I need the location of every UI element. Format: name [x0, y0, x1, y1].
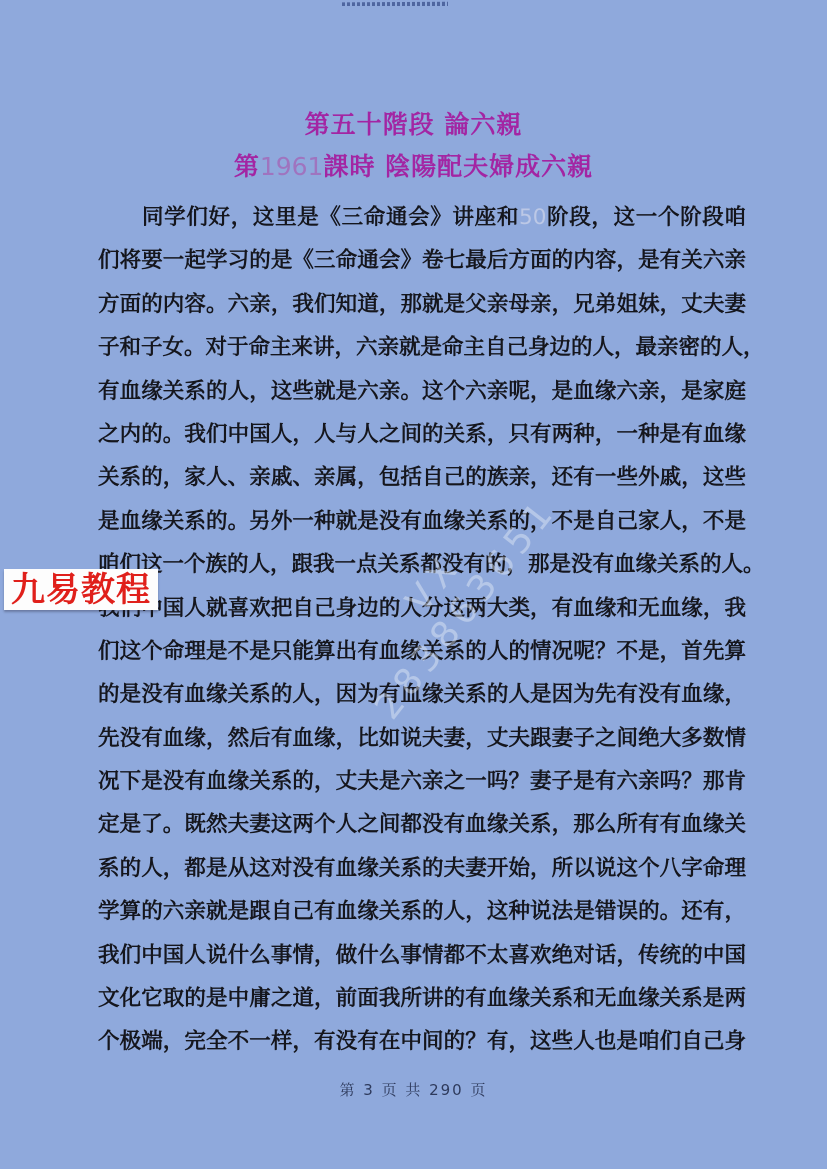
body-line: 先没有血缘，然后有血缘，比如说夫妻，丈夫跟妻子之间绝大多数情 [98, 717, 746, 760]
page-top-cropped-text [342, 0, 448, 6]
body-line: 们这个命理是不是只能算出有血缘关系的人的情况呢？不是，首先算 [98, 630, 746, 673]
page-title: 第五十階段 論六親 [0, 105, 827, 141]
body-line: 我们中国人说什么事情，做什么事情都不太喜欢绝对话，传统的中国 [98, 934, 746, 977]
body-line: 学算的六亲就是跟自己有血缘关系的人，这种说法是错误的。还有， [98, 890, 746, 933]
body-line: 们将要一起学习的是《三命通会》卷七最后方面的内容，是有关六亲 [98, 239, 746, 282]
body-line: 咱们这一个族的人，跟我一点关系都没有的，那是没有血缘关系的人。 [98, 543, 746, 586]
subtitle-suffix: 課時 陰陽配夫婦成六親 [323, 152, 593, 181]
page-number-footer: 第 3 页 共 290 页 [0, 1079, 827, 1100]
body-line: 同学们好，这里是《三命通会》讲座和50阶段，这一个阶段咱 [98, 196, 746, 239]
body-line: 文化它取的是中庸之道，前面我所讲的有血缘关系和无血缘关系是两 [98, 977, 746, 1020]
body-line: 子和子女。对于命主来讲，六亲就是命主自己身边的人，最亲密的人， [98, 326, 746, 369]
page-subtitle: 第1961課時 陰陽配夫婦成六親 [0, 147, 827, 183]
body-line: 关系的，家人、亲戚、亲属，包括自己的族亲，还有一些外戚，这些 [98, 456, 746, 499]
body-line: 的是没有血缘关系的人，因为有血缘关系的人是因为先有没有血缘， [98, 673, 746, 716]
body-line: 是血缘关系的。另外一种就是没有血缘关系的，不是自己家人，不是 [98, 500, 746, 543]
body-line: 之内的。我们中国人，人与人之间的关系，只有两种，一种是有血缘 [98, 413, 746, 456]
body-line-1-number: 50 [519, 205, 546, 230]
body-line: 个极端，完全不一样，有没有在中间的？有，这些人也是咱们自己身 [98, 1020, 746, 1063]
body-line: 况下是没有血缘关系的，丈夫是六亲之一吗？妻子是有六亲吗？那肯 [98, 760, 746, 803]
brand-watermark-text: 九易教程 [11, 573, 151, 607]
subtitle-prefix: 第 [234, 152, 260, 181]
subtitle-lesson-number: 1961 [260, 152, 324, 181]
body-line: 我们中国人就喜欢把自己身边的人分这两大类，有血缘和无血缘，我 [98, 587, 746, 630]
body-line: 有血缘关系的人，这些就是六亲。这个六亲呢，是血缘六亲，是家庭 [98, 370, 746, 413]
body-line-1-pre: 同学们好，这里是《三命通会》讲座和 [142, 205, 519, 230]
body-line: 方面的内容。六亲，我们知道，那就是父亲母亲，兄弟姐妹，丈夫妻 [98, 283, 746, 326]
body-line: 定是了。既然夫妻这两个人之间都没有血缘关系，那么所有有血缘关 [98, 803, 746, 846]
body-paragraph: 同学们好，这里是《三命通会》讲座和50阶段，这一个阶段咱 们将要一起学习的是《三… [98, 196, 746, 1064]
body-line: 系的人，都是从这对没有血缘关系的夫妻开始，所以说这个八字命理 [98, 847, 746, 890]
brand-watermark-badge: 九易教程 [4, 569, 158, 610]
document-page: 第五十階段 論六親 第1961課時 陰陽配夫婦成六親 同学们好，这里是《三命通会… [0, 0, 827, 1169]
body-line-1-post: 阶段，这一个阶段咱 [546, 205, 746, 230]
